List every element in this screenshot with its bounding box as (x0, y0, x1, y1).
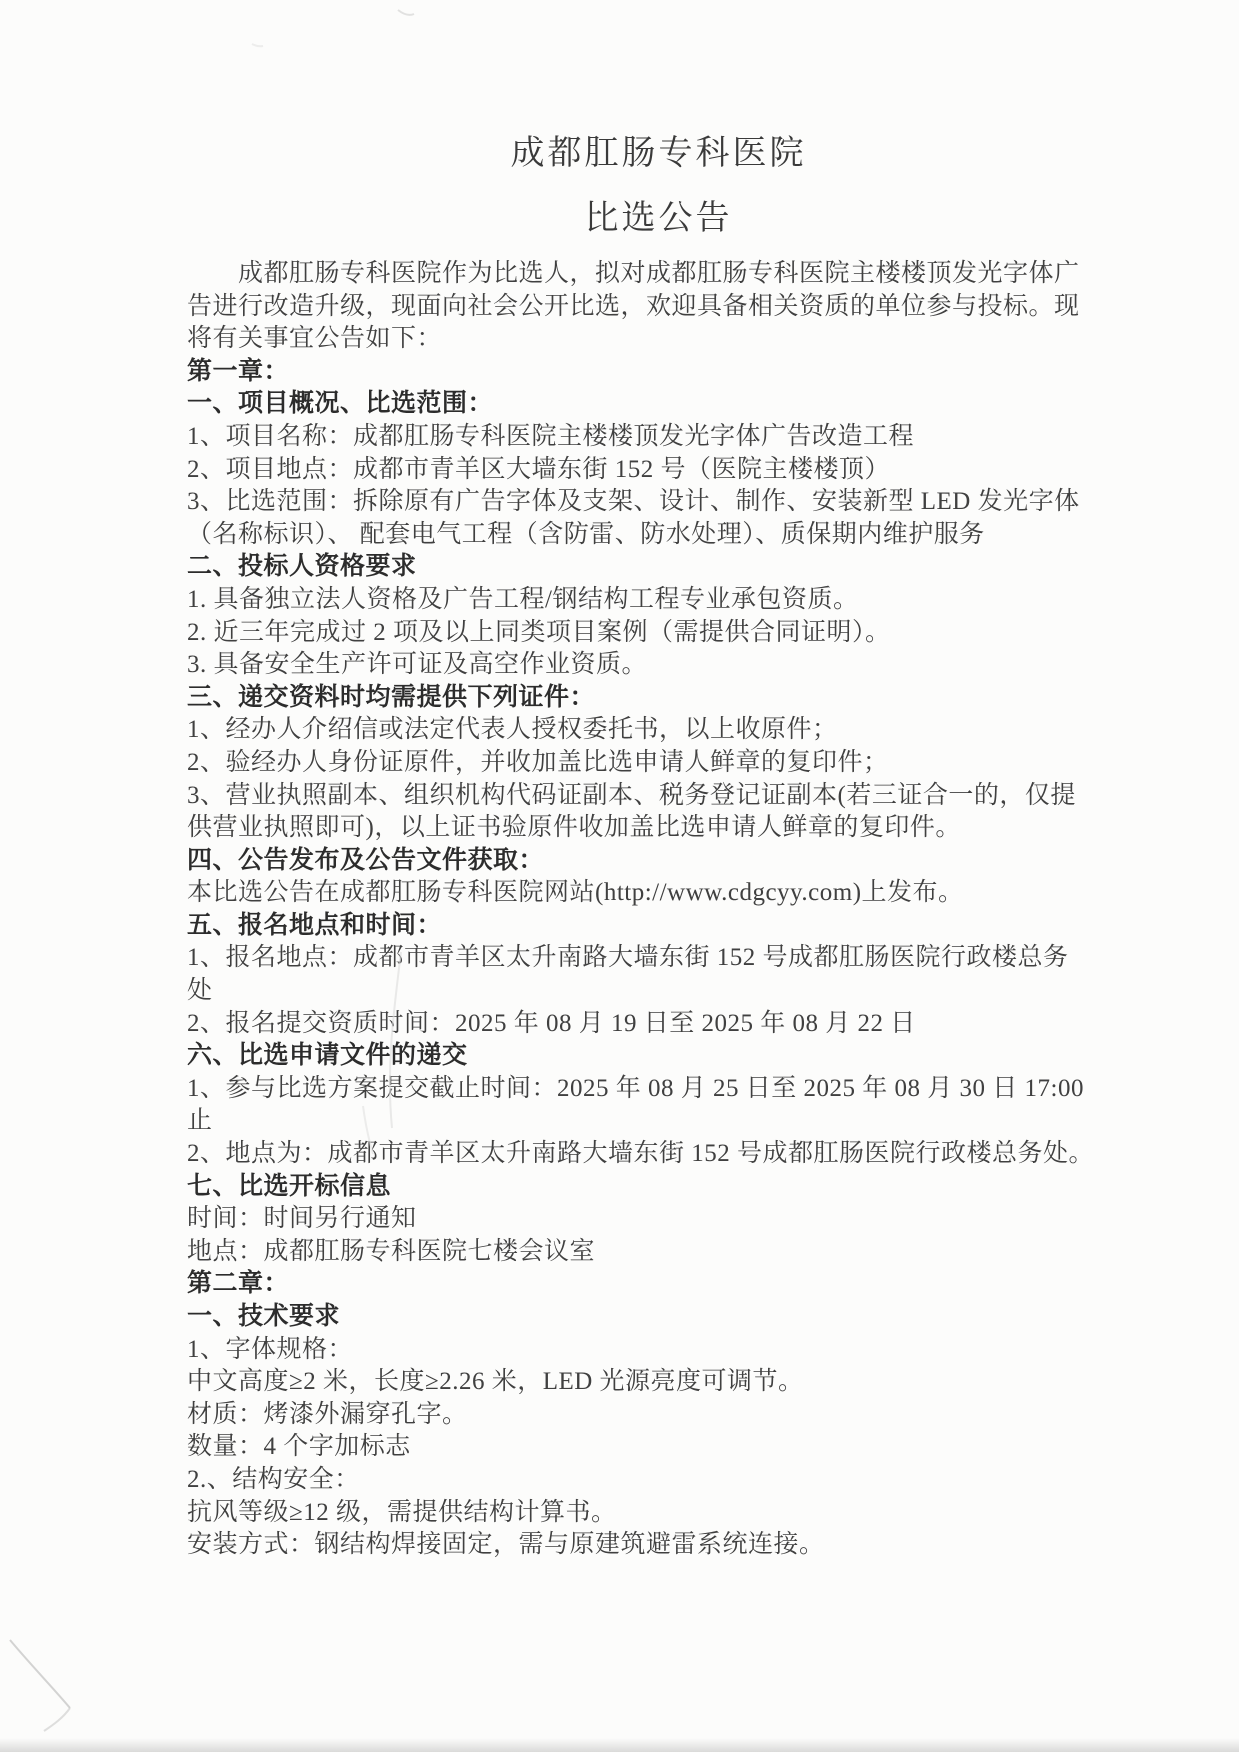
text-line: 本比选公告在成都肛肠专科医院网站(http://www.cdgcyy.com)上… (187, 877, 1172, 910)
text-line: 六、比选申请文件的递交 (187, 1040, 1172, 1073)
document-subtitle: 比选公告 (0, 199, 1239, 239)
text-line: 一、技术要求 (187, 1301, 1172, 1334)
text-line: 地点：成都肛肠专科医院七楼会议室 (187, 1236, 1172, 1269)
text-line: 成都肛肠专科医院作为比选人，拟对成都肛肠专科医院主楼楼顶发光字体广 (187, 258, 1172, 291)
scan-bottom-edge (0, 1738, 1239, 1752)
text-line: （名称标识）、 配套电气工程（含防雷、防水处理）、质保期内维护服务 (187, 519, 1172, 552)
text-line: 一、项目概况、比选范围： (187, 388, 1172, 421)
text-line: 3. 具备安全生产许可证及高空作业资质。 (187, 649, 1172, 682)
text-line: 2. 近三年完成过 2 项及以上同类项目案例（需提供合同证明）。 (187, 617, 1172, 650)
document-title: 成都肛肠专科医院 (0, 134, 1239, 174)
text-line: 止 (187, 1105, 1172, 1138)
text-line: 3、营业执照副本、组织机构代码证副本、税务登记证副本(若三证合一的，仅提 (187, 780, 1172, 813)
text-line: 2、验经办人身份证原件，并收加盖比选申请人鲜章的复印件； (187, 747, 1172, 780)
text-line: 三、递交资料时均需提供下列证件： (187, 682, 1172, 715)
text-line: 第一章： (187, 356, 1172, 389)
text-line: 二、投标人资格要求 (187, 551, 1172, 584)
text-line: 处 (187, 975, 1172, 1008)
text-line: 安装方式：钢结构焊接固定，需与原建筑避雷系统连接。 (187, 1529, 1172, 1562)
text-line: 材质：烤漆外漏穿孔字。 (187, 1399, 1172, 1432)
text-line: 供营业执照即可)，以上证书验原件收加盖比选申请人鲜章的复印件。 (187, 812, 1172, 845)
text-line: 将有关事宜公告如下： (187, 323, 1172, 356)
text-line: 2.、结构安全： (187, 1464, 1172, 1497)
text-line: 1. 具备独立法人资格及广告工程/钢结构工程专业承包资质。 (187, 584, 1172, 617)
text-line: 七、比选开标信息 (187, 1171, 1172, 1204)
text-line: 告进行改造升级，现面向社会公开比选，欢迎具备相关资质的单位参与投标。现 (187, 291, 1172, 324)
text-line: 数量：4 个字加标志 (187, 1431, 1172, 1464)
text-line: 1、字体规格： (187, 1334, 1172, 1367)
text-line: 四、公告发布及公告文件获取： (187, 845, 1172, 878)
scanned-document-page: 成都肛肠专科医院 比选公告 成都肛肠专科医院作为比选人，拟对成都肛肠专科医院主楼… (0, 0, 1239, 1752)
text-line: 五、报名地点和时间： (187, 910, 1172, 943)
text-line: 时间：时间另行通知 (187, 1203, 1172, 1236)
text-line: 2、地点为：成都市青羊区太升南路大墙东街 152 号成都肛肠医院行政楼总务处。 (187, 1138, 1172, 1171)
text-line: 1、参与比选方案提交截止时间：2025 年 08 月 25 日至 2025 年 … (187, 1073, 1172, 1106)
text-line: 第二章： (187, 1268, 1172, 1301)
text-line: 1、项目名称：成都肛肠专科医院主楼楼顶发光字体广告改造工程 (187, 421, 1172, 454)
text-line: 2、报名提交资质时间：2025 年 08 月 19 日至 2025 年 08 月… (187, 1008, 1172, 1041)
text-line: 2、项目地点：成都市青羊区大墙东街 152 号（医院主楼楼顶） (187, 454, 1172, 487)
text-line: 中文高度≥2 米，长度≥2.26 米，LED 光源亮度可调节。 (187, 1366, 1172, 1399)
text-line: 3、比选范围：拆除原有广告字体及支架、设计、制作、安装新型 LED 发光字体 (187, 486, 1172, 519)
body-text: 成都肛肠专科医院作为比选人，拟对成都肛肠专科医院主楼楼顶发光字体广告进行改造升级… (187, 258, 1172, 1562)
text-line: 1、经办人介绍信或法定代表人授权委托书，以上收原件； (187, 714, 1172, 747)
text-line: 1、报名地点：成都市青羊区太升南路大墙东街 152 号成都肛肠医院行政楼总务 (187, 942, 1172, 975)
text-line: 抗风等级≥12 级，需提供结构计算书。 (187, 1497, 1172, 1530)
